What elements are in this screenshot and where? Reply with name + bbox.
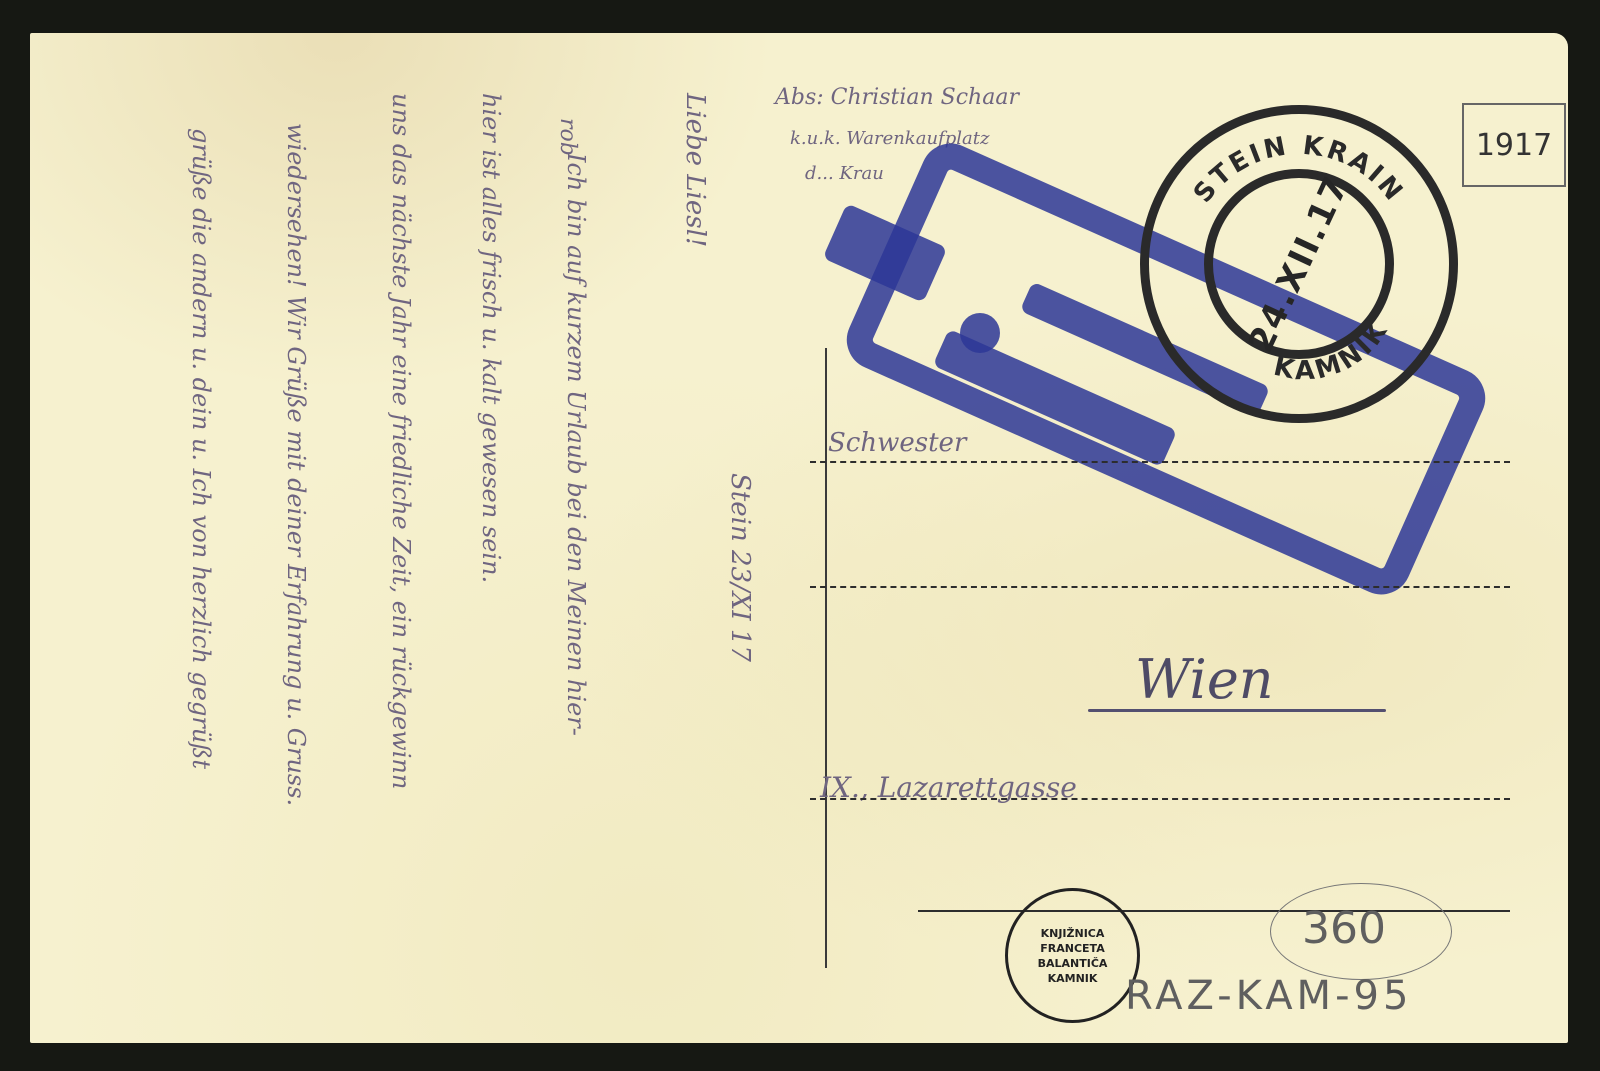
address-divider xyxy=(825,348,827,968)
signature-code: RAZ-KAM-95 xyxy=(1125,973,1412,1019)
recipient: Schwester xyxy=(828,428,966,458)
address-line xyxy=(810,798,1510,800)
postmark: STEIN KRAIN KAMNIK 24.XII.17 xyxy=(1140,105,1458,423)
postmark-date: 24.XII.17 xyxy=(1241,169,1358,358)
address-line xyxy=(810,461,1510,463)
inventory-number: 360 xyxy=(1302,903,1386,954)
message-line: uns das nächste Jahr eine friedliche Zei… xyxy=(387,93,415,789)
city: Wien xyxy=(1135,648,1274,711)
sender-line: Abs: Christian Schaar xyxy=(775,85,1019,110)
year-annotation: 1917 xyxy=(1462,103,1566,187)
message-line: hier ist alles frisch u. kalt gewesen se… xyxy=(477,93,505,583)
postcard: grüße die andern u. dein u. Ich von herz… xyxy=(30,33,1568,1043)
address-line xyxy=(810,586,1510,588)
message-line: wiedersehen! Wir Grüße mit deiner Erfahr… xyxy=(282,123,310,806)
library-stamp: KNJIŽNICA FRANCETA BALANTIČA KAMNIK xyxy=(1005,888,1140,1023)
library-stamp-line: KAMNIK xyxy=(1048,971,1098,986)
postmark-inner-ring: 24.XII.17 xyxy=(1204,169,1394,359)
message-line: Ich bin auf kurzem Urlaub bei den Meinen… xyxy=(562,153,590,736)
message-line: grüße die andern u. dein u. Ich von herz… xyxy=(187,128,215,769)
sender-line: d... Krau xyxy=(805,163,884,184)
library-stamp-line: FRANCETA xyxy=(1040,941,1104,956)
city-underline xyxy=(1088,709,1386,712)
library-stamp-line: KNJIŽNICA xyxy=(1041,926,1105,941)
place-date: Stein 23/XI 17 xyxy=(725,473,755,662)
message-line: rob xyxy=(555,118,580,156)
library-stamp-line: BALANTIČA xyxy=(1038,956,1108,971)
salutation: Liebe Liesl! xyxy=(680,93,710,247)
